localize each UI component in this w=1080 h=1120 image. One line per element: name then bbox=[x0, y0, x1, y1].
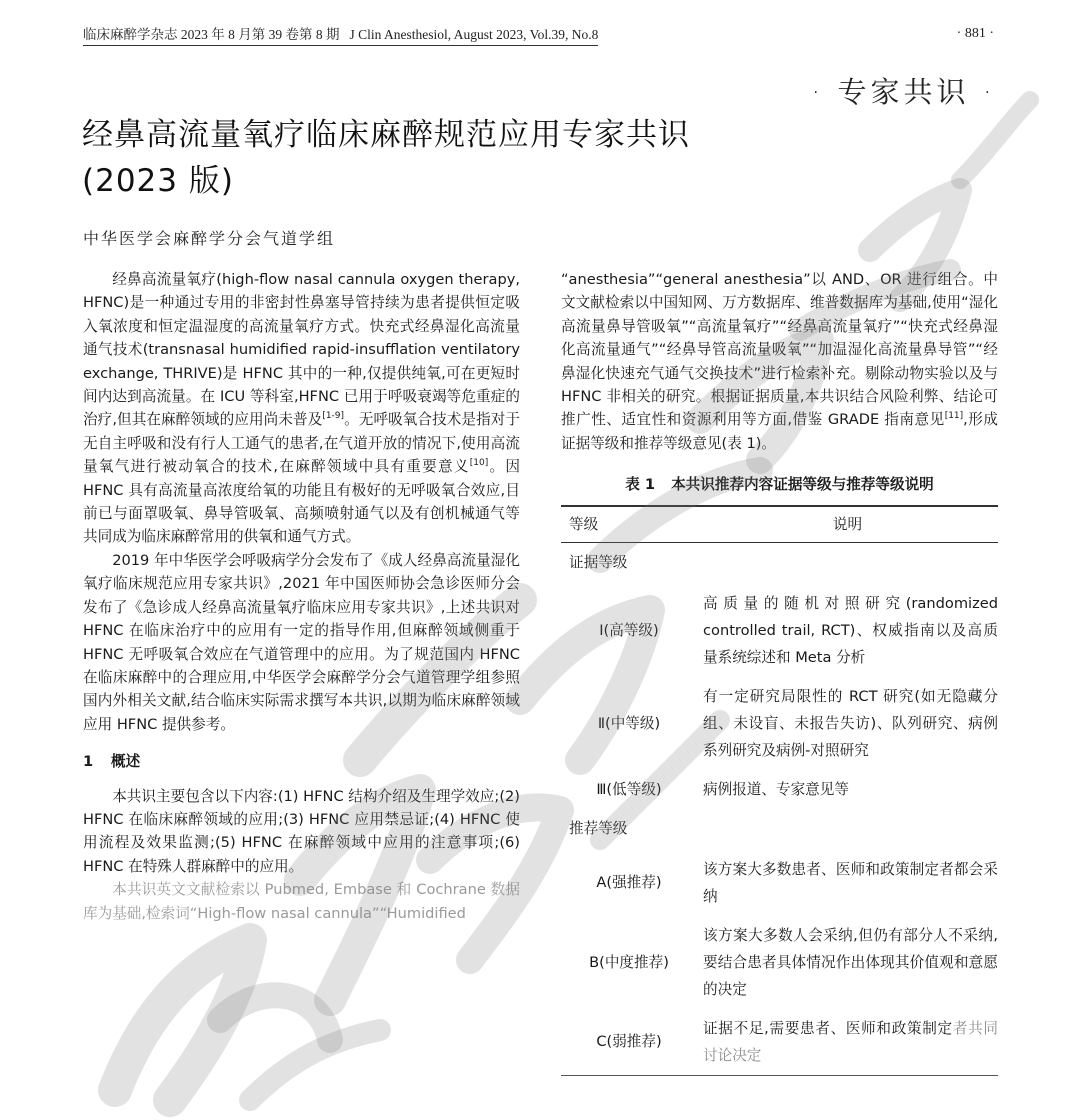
journal-page: 临床麻醉学杂志 2023 年 8 月第 39 卷第 8 期J Clin Anes… bbox=[0, 0, 1080, 1120]
section-title: 概述 bbox=[111, 753, 140, 770]
description-cell: 病例报道、专家意见等 bbox=[697, 770, 998, 809]
header-level: 等级 bbox=[561, 506, 697, 543]
group-row: 推荐等级 bbox=[561, 809, 998, 850]
section-number: 1 bbox=[83, 750, 111, 773]
level-cell: Ⅰ(高等级) bbox=[561, 584, 697, 677]
journal-name-cn: 临床麻醉学杂志 2023 年 8 月第 39 卷第 8 期 bbox=[83, 27, 340, 42]
table-row: A(强推荐) 该方案大多数患者、医师和政策制定者都会采纳 bbox=[561, 850, 998, 916]
paragraph-background: 2019 年中华医学会呼吸病学分会发布了《成人经鼻高流量湿化氧疗临床规范应用专家… bbox=[83, 549, 520, 736]
level-cell: C(弱推荐) bbox=[561, 1009, 697, 1076]
level-cell: Ⅲ(低等级) bbox=[561, 770, 697, 809]
group-evidence: 证据等级 bbox=[561, 542, 998, 584]
description-cell: 高质量的随机对照研究(randomized controlled trail, … bbox=[697, 584, 998, 677]
level-cell: B(中度推荐) bbox=[561, 916, 697, 1009]
table-row: B(中度推荐) 该方案大多数人会采纳,但仍有部分人不采纳,要结合患者具体情况作出… bbox=[561, 916, 998, 1009]
paragraph-contents: 本共识主要包含以下内容:(1) HFNC 结构介绍及生理学效应;(2) HFNC… bbox=[83, 785, 520, 879]
table-row: Ⅲ(低等级) 病例报道、专家意见等 bbox=[561, 770, 998, 809]
grades-table: 等级 说明 证据等级 Ⅰ(高等级) 高质量的随机对照研究(randomized … bbox=[561, 505, 998, 1076]
table-row: Ⅱ(中等级) 有一定研究局限性的 RCT 研究(如无隐藏分组、未设盲、未报告失访… bbox=[561, 677, 998, 770]
table-row: Ⅰ(高等级) 高质量的随机对照研究(randomized controlled … bbox=[561, 584, 998, 677]
table-header-row: 等级 说明 bbox=[561, 506, 998, 543]
citation[interactable]: [10] bbox=[470, 458, 488, 468]
header-description: 说明 bbox=[697, 506, 998, 543]
table-number: 表 1 bbox=[625, 476, 655, 493]
paragraph-intro: 经鼻高流量氧疗(high-flow nasal cannula oxygen t… bbox=[83, 268, 520, 549]
description-cell: 该方案大多数人会采纳,但仍有部分人不采纳,要结合患者具体情况作出体现其价值观和意… bbox=[697, 916, 998, 1009]
right-column: “anesthesia”“general anesthesia”以 AND、OR… bbox=[561, 268, 998, 1076]
level-cell: Ⅱ(中等级) bbox=[561, 677, 697, 770]
description-cell: 有一定研究局限性的 RCT 研究(如无隐藏分组、未设盲、未报告失访)、队列研究、… bbox=[697, 677, 998, 770]
column-tag: · 专家共识 · bbox=[811, 70, 996, 111]
left-column: 经鼻高流量氧疗(high-flow nasal cannula oxygen t… bbox=[83, 268, 520, 925]
title-line-1: 经鼻高流量氧疗临床麻醉规范应用专家共识 bbox=[82, 112, 842, 158]
article-authors: 中华医学会麻醉学分会气道学组 bbox=[83, 226, 335, 249]
group-recommendation: 推荐等级 bbox=[561, 809, 998, 850]
citation[interactable]: [11] bbox=[945, 411, 963, 421]
description-cell: 证据不足,需要患者、医师和政策制定者共同讨论决定 bbox=[697, 1009, 998, 1076]
title-line-2: (2023 版) bbox=[82, 158, 842, 204]
section-heading-overview: 1概述 bbox=[83, 750, 520, 773]
paragraph-search-method: 本共识英文文献检索以 Pubmed, Embase 和 Cochrane 数据库… bbox=[83, 878, 520, 925]
journal-name-en: J Clin Anesthesiol, August 2023, Vol.39,… bbox=[350, 27, 599, 42]
description-cell: 该方案大多数患者、医师和政策制定者都会采纳 bbox=[697, 850, 998, 916]
paragraph-search-continued: “anesthesia”“general anesthesia”以 AND、OR… bbox=[561, 268, 998, 455]
article-title: 经鼻高流量氧疗临床麻醉规范应用专家共识 (2023 版) bbox=[82, 112, 842, 204]
page-number: · 881 · bbox=[957, 26, 994, 42]
table-caption: 表 1本共识推荐内容证据等级与推荐等级说明 bbox=[561, 473, 998, 496]
group-row: 证据等级 bbox=[561, 542, 998, 584]
table-title: 本共识推荐内容证据等级与推荐等级说明 bbox=[671, 476, 934, 493]
level-cell: A(强推荐) bbox=[561, 850, 697, 916]
citation[interactable]: [1-9] bbox=[322, 411, 344, 421]
running-head: 临床麻醉学杂志 2023 年 8 月第 39 卷第 8 期J Clin Anes… bbox=[83, 26, 598, 46]
table-row: C(弱推荐) 证据不足,需要患者、医师和政策制定者共同讨论决定 bbox=[561, 1009, 998, 1076]
